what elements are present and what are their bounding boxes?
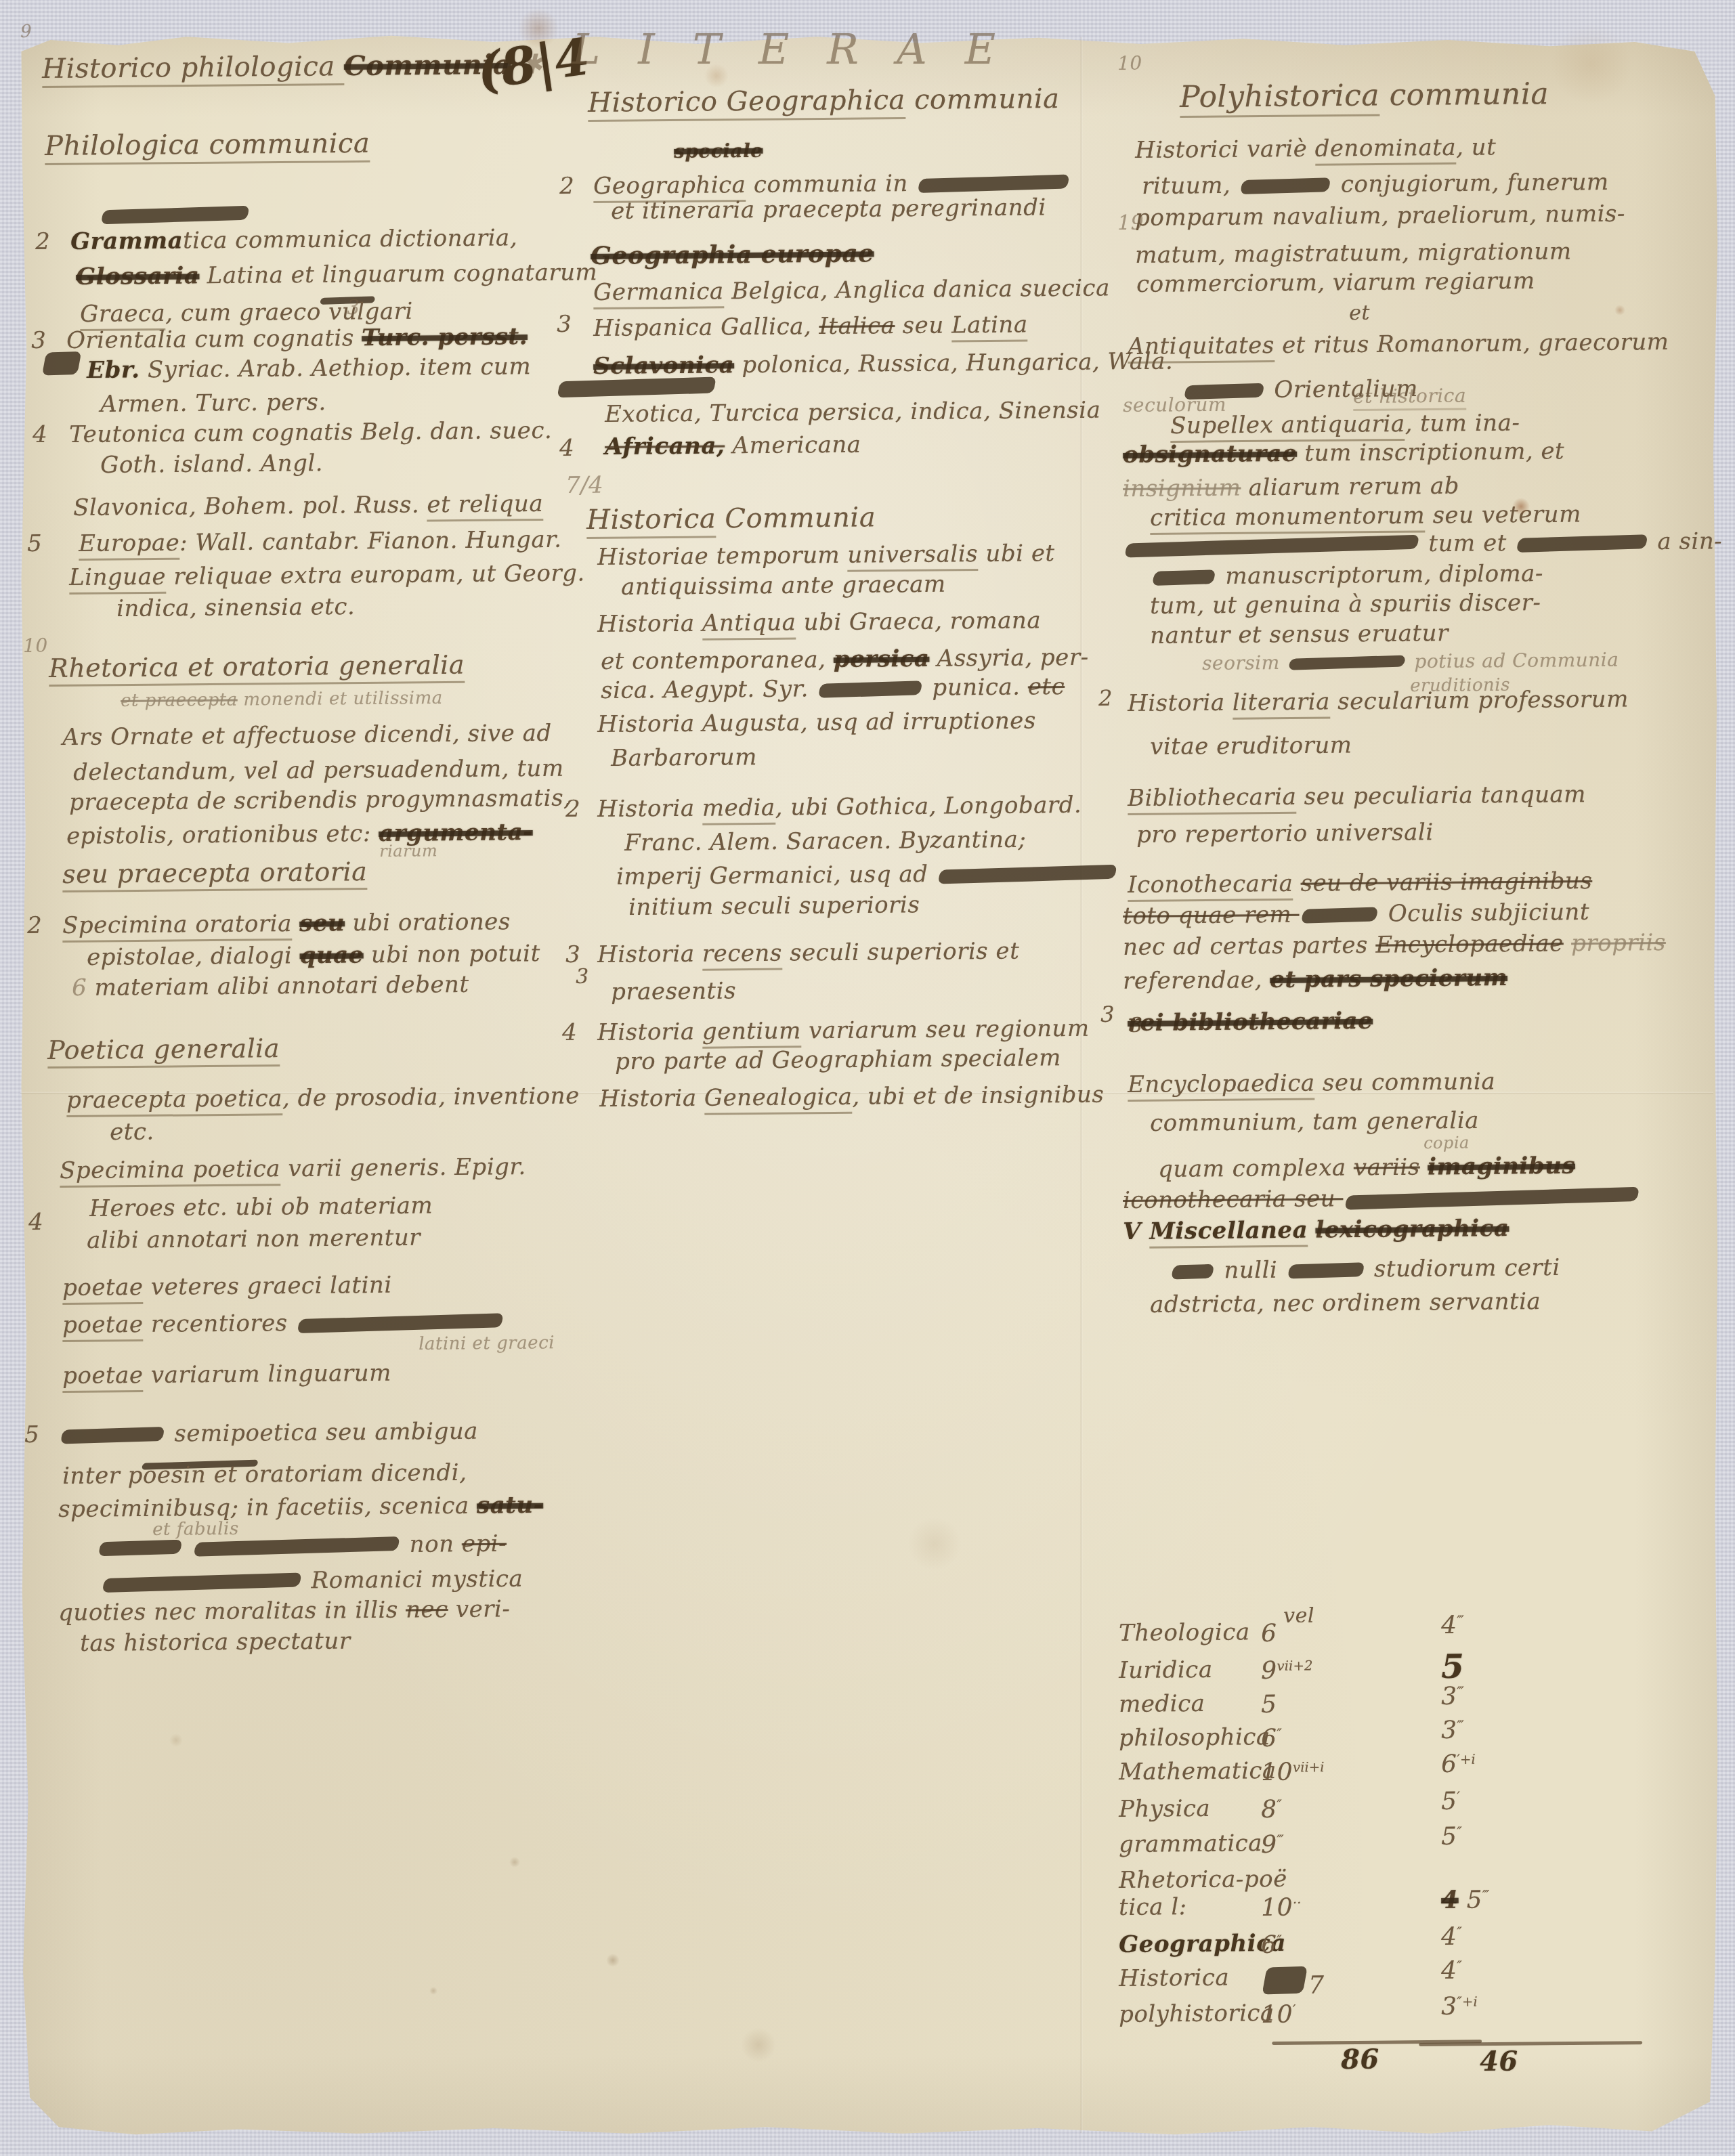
manuscript-line: Sclavonica polonica, Russica, Hungarica,…: [593, 350, 1173, 378]
manuscript-line: latini et graeci: [419, 1334, 555, 1353]
page-title: LITERAE: [572, 28, 1033, 70]
manuscript-line: et contemporanea, persica Assyria, per-: [601, 646, 1089, 673]
manuscript-line: Supellex antiquaria, tum ina-: [1170, 411, 1520, 437]
tally-row-count: 10vii+i: [1261, 1760, 1325, 1785]
tally-row-label: Mathematica: [1119, 1759, 1277, 1784]
manuscript-line: adstricta, nec ordinem servantia: [1150, 1290, 1541, 1316]
manuscript-line: 6 materiam alibi annotari debent: [72, 973, 469, 999]
tally-row-label: Physica: [1119, 1797, 1210, 1821]
ink-blot: [98, 1539, 182, 1556]
margin-number: 3: [557, 313, 572, 336]
manuscript-line: Historia Augusta, usq ad irruptiones: [597, 709, 1036, 736]
ink-blot: [1516, 534, 1648, 553]
margin-number: 2: [565, 798, 580, 821]
manuscript-line: speciale: [674, 142, 763, 161]
tally-row-label: Theologica: [1119, 1620, 1250, 1645]
tally-row-label: Historica: [1119, 1966, 1229, 1990]
manuscript-line: [99, 202, 251, 226]
desk-background: 9Historico philologica Communia ✱(8|4Phi…: [0, 0, 1735, 2156]
manuscript-line: Teutonica cum cognatis Belg. dan. suec.: [69, 419, 552, 446]
manuscript-line: Historia gentium variarum seu regionum: [597, 1017, 1090, 1044]
tally-row-volumes: 4″: [1441, 1925, 1462, 1949]
margin-number: 2: [27, 914, 42, 937]
ink-blot: [557, 376, 716, 397]
manuscript-line: Historia media, ubi Gothica, Longobard.: [597, 794, 1081, 821]
tally-row-label: Rhetorica-poë: [1119, 1868, 1287, 1892]
tally-row-count: 9‴: [1261, 1833, 1284, 1857]
tally-total-right: 46: [1480, 2048, 1518, 2075]
manuscript-line: seorsim potius ad Communia: [1202, 651, 1619, 673]
manuscript-line: quoties nec moralitas in illis nec veri-: [58, 1597, 511, 1624]
manuscript-line: toto quae rem Oculis subjiciunt: [1123, 901, 1589, 928]
manuscript-line: Geographia europae: [591, 241, 874, 269]
ink-blot: [101, 205, 250, 223]
manuscript-line: quam complexa variis imaginibus: [1158, 1155, 1575, 1181]
manuscript-line: Grammatica communica dictionaria,: [70, 226, 517, 253]
tally-row-volumes: 5: [1441, 1651, 1465, 1684]
manuscript-line: poetae veteres graeci latini: [62, 1274, 392, 1299]
manuscript-line: insignium aliarum rerum ab: [1123, 475, 1459, 500]
margin-number: 4: [33, 423, 47, 446]
tally-row-volumes: 5″: [1441, 1825, 1462, 1849]
tally-row-volumes: 6′+i: [1441, 1752, 1476, 1777]
manuscript-line: rei bibliothecariae: [1128, 1010, 1373, 1035]
tally-row-volumes: 4″: [1441, 1959, 1462, 1983]
manuscript-line: epistolis, orationibus etc: argumenta-: [66, 821, 533, 848]
manuscript-line: imperij Germanici, usq ad: [616, 861, 1119, 888]
ink-blot: [1171, 1264, 1214, 1279]
manuscript-line: praecepta poetica, de prosodia, inventio…: [66, 1084, 580, 1112]
tally-row-label: tica l:: [1119, 1895, 1187, 1919]
sum-rule-line: [1419, 2029, 1642, 2054]
manuscript-line: non epi-: [96, 1532, 507, 1559]
ink-blot: [102, 1572, 302, 1593]
manuscript-line: commerciorum, viarum regiarum: [1136, 269, 1535, 296]
tally-row-count: 9vii+2: [1261, 1658, 1313, 1683]
manuscript-line: Historia recens seculi superioris et: [597, 940, 1019, 966]
manuscript-line: nec ad certas partes Encyclopaediae prop…: [1123, 931, 1666, 959]
section-heading: Historica Communia: [586, 504, 876, 534]
tally-row-count: 6: [1261, 1622, 1277, 1646]
tally-row-count: 7: [1261, 1966, 1325, 1998]
manuscript-line: Linguae reliquae extra europam, ut Georg…: [69, 561, 585, 589]
manuscript-line: tum, ut genuina à spuriis discer-: [1150, 591, 1541, 618]
manuscript-line: Historia Antiqua ubi Graeca, romana: [597, 609, 1041, 636]
tally-row-count: 6″: [1261, 1727, 1282, 1751]
ink-blot: [1288, 655, 1406, 670]
manuscript-line: Ars Ornate et affectuose dicendi, sive a…: [62, 722, 552, 749]
tally-row-count: 10′: [1261, 2003, 1296, 2027]
manuscript-line: Encyclopaedica seu communia: [1128, 1070, 1495, 1096]
manuscript-line: alibi annotari non merentur: [87, 1226, 421, 1252]
ink-blot: [1240, 177, 1331, 194]
ink-blot: [1301, 907, 1378, 923]
manuscript-line: Historia literaria secularium professoru…: [1128, 688, 1629, 715]
tally-row-volumes: 3‴: [1441, 1685, 1464, 1709]
tally-row-volumes: 3‴: [1441, 1719, 1464, 1743]
tally-total-left: 86: [1341, 2046, 1379, 2073]
tally-row-label: Iuridica: [1119, 1658, 1213, 1682]
manuscript-line: praesentis: [611, 979, 736, 1004]
tally-row-volumes: 4 5‴: [1441, 1887, 1490, 1913]
margin-number: 4: [562, 1021, 577, 1044]
tally-row-label: medica: [1119, 1692, 1205, 1716]
ink-blot: [1152, 569, 1216, 586]
margin-number: 4: [28, 1211, 43, 1234]
ink-blot: [194, 1536, 400, 1557]
manuscript-line: Specimina poetica varii generis. Epigr.: [60, 1155, 526, 1182]
manuscript-line: Hispanica Gallica, Italica seu Latina: [593, 313, 1028, 340]
manuscript-line: pro parte ad Geographiam specialem: [615, 1046, 1061, 1073]
manuscript-line: [555, 375, 718, 400]
margin-number: 4: [559, 437, 574, 460]
margin-number: 5: [27, 532, 42, 555]
margin-number: 3: [347, 298, 360, 318]
manuscript-line: epistolae, dialogi quae ubi non potuit: [87, 942, 540, 969]
manuscript-line: Historia Genealogica, ubi et de insignib…: [599, 1083, 1104, 1111]
manuscript-line: initium seculi superioris: [628, 893, 920, 919]
manuscript-line: referendae, et pars specierum: [1123, 966, 1507, 993]
margin-number: 9: [20, 23, 32, 41]
manuscript-line: riarum: [379, 842, 437, 859]
manuscript-line: Africana, Americana: [605, 433, 861, 458]
tally-row-count: 10··: [1261, 1895, 1302, 1920]
section-heading: Historico philologica Communia ✱: [42, 51, 543, 83]
manuscript-line: iconothecaria seu: [1123, 1184, 1642, 1212]
tally-row-volumes: 3″+i: [1441, 1995, 1478, 2019]
manuscript-line: tas historica spectatur: [80, 1630, 351, 1655]
manuscript-line: etc.: [110, 1120, 154, 1144]
manuscript-line: delectandum, vel ad persuadendum, tum: [73, 757, 564, 784]
manuscript-line: Antiquitates et ritus Romanorum, graecor…: [1128, 330, 1669, 358]
section-heading: Polyhistorica communia: [1180, 79, 1549, 112]
ink-blot: [42, 351, 81, 376]
manuscript-line: et: [1349, 303, 1370, 324]
manuscript-line: Exotica, Turcica persica, indica, Sinens…: [605, 399, 1100, 426]
tally-row-label: philosophica: [1119, 1725, 1270, 1750]
tally-row-volumes: 4‴: [1441, 1614, 1464, 1638]
margin-number: 10: [23, 637, 48, 655]
manuscript-line: Armen. Turc. pers.: [100, 391, 326, 416]
manuscript-line: Goth. island. Angl.: [100, 452, 323, 477]
tally-header-vel: vel: [1283, 1606, 1314, 1626]
manuscript-line: Romanici mystica: [100, 1568, 523, 1594]
tally-row-volumes: 5′: [1441, 1790, 1460, 1814]
manuscript-line: poetae variarum linguarum: [62, 1362, 391, 1387]
manuscript-line: praecepta de scribendis progymnasmatis,: [69, 787, 571, 814]
sum-rule: [1419, 2041, 1642, 2046]
manuscript-line: et historica: [1353, 387, 1466, 406]
manuscript-line: speciminibusq; in facetiis, scenica satu…: [58, 1494, 543, 1521]
margin-number: 2: [1098, 687, 1113, 709]
manuscript-line: pomparum navalium, praeliorum, numis-: [1135, 202, 1625, 230]
ink-blot: [1262, 1966, 1308, 1995]
manuscript-line: Barbarorum: [611, 746, 757, 770]
manuscript-line: vitae eruditorum: [1150, 733, 1352, 758]
manuscript-line: obsignaturae tum inscriptionum, et: [1123, 439, 1564, 467]
manuscript-line: et praecepta monendi et utilissima: [121, 689, 443, 710]
manuscript-line: inter poesin et oratoriam dicendi,: [62, 1461, 467, 1488]
manuscript-line: matum, magistratuum, migrationum: [1135, 240, 1572, 267]
manuscript-line: copia: [1423, 1134, 1470, 1151]
manuscript-line: Ebr. Syriac. Arab. Aethiop. item cum: [87, 355, 531, 382]
manuscript-line: nantur et sensus eruatur: [1150, 622, 1449, 647]
tally-row-count: 5: [1261, 1693, 1277, 1717]
manuscript-line: Historici variè denominata, ut: [1135, 135, 1496, 162]
manuscript-line: Heroes etc. ubi ob materiam: [89, 1194, 433, 1220]
tally-row-count: 8″: [1261, 1798, 1282, 1822]
tally-row-label: grammatica: [1119, 1832, 1262, 1856]
manuscript-line: Iconothecaria seu de variis imaginibus: [1128, 869, 1592, 897]
manuscript-line: critica monumentorum seu veterum: [1150, 502, 1581, 530]
manuscript-line: Bibliothecaria seu peculiaria tanquam: [1128, 783, 1586, 810]
ink-blot: [918, 174, 1070, 193]
section-heading: Rhetorica et oratoria generalia: [49, 652, 465, 681]
manuscript-line: V Miscellanea lexicographica: [1123, 1217, 1509, 1243]
margin-number: 10: [1117, 54, 1142, 73]
manuscript-line: et itineraria praecepta peregrinandi: [611, 196, 1046, 223]
ink-blot: [60, 1427, 165, 1444]
ink-blot: [937, 864, 1117, 884]
manuscript-line: Franc. Alem. Saracen. Byzantina;: [624, 828, 1027, 855]
margin-number: 5: [24, 1423, 39, 1446]
manuscript-line: communium, tam generalia: [1150, 1109, 1479, 1135]
tally-row-label: polyhistorica: [1119, 2002, 1275, 2026]
section-heading: Historico Geographica communia: [588, 85, 1060, 116]
margin-number: 2: [35, 230, 50, 253]
margin-number: 19: [1117, 213, 1144, 234]
manuscript-line: semipoetica seu ambigua: [58, 1420, 478, 1446]
margin-number: 7/4: [565, 474, 604, 497]
ink-blot: [1345, 1186, 1640, 1209]
margin-number: 3: [31, 329, 46, 352]
section-heading: Philologica communica: [45, 130, 370, 160]
margin-number: 3: [565, 943, 580, 966]
margin-number: 3: [1100, 1004, 1115, 1025]
ink-blot: [1124, 534, 1419, 557]
ink-blot: [297, 1313, 503, 1333]
manuscript-line: Geographica communia in: [593, 171, 1071, 198]
ink-blot: [818, 681, 922, 698]
ink-blot: [1287, 1262, 1365, 1278]
manuscript-line: Germanica Belgica, Anglica danica suecic…: [593, 276, 1110, 304]
manuscript-line: Europae: Wall. cantabr. Fianon. Hungar.: [79, 528, 562, 555]
manuscript-line: indica, sinensia etc.: [116, 595, 355, 620]
margin-number: 3: [576, 967, 589, 987]
manuscript-line: nulli studiorum certi: [1169, 1256, 1560, 1282]
manuscript-line: [41, 351, 83, 379]
manuscript-line: rituum, conjugiorum, funerum: [1142, 171, 1609, 198]
manuscript-line: pro repertorio universali: [1136, 821, 1434, 846]
margin-number: 2: [559, 175, 574, 198]
manuscript-line: sica. Aegypt. Syr. punica. etc: [601, 675, 1065, 702]
manuscript-line: antiquissima ante graecam: [621, 573, 946, 599]
manuscript-line: Orientalia cum cognatis Turc. persst.: [66, 325, 528, 352]
manuscript-line: Specimina oratoria seu ubi orationes: [62, 910, 511, 937]
tally-row-count: 6″: [1261, 1933, 1282, 1958]
manuscript-line: seu praecepta oratoria: [62, 859, 367, 887]
section-heading: Poetica generalia: [47, 1035, 280, 1063]
manuscript-line: manuscriptorum, diploma-: [1150, 562, 1543, 588]
manuscript-line: Slavonica, Bohem. pol. Russ. et reliqua: [73, 492, 543, 519]
manuscript-line: poetae recentiores: [62, 1310, 505, 1337]
manuscript-line: Historiae temporum universalis ubi et: [597, 542, 1055, 569]
manuscript-line: Graeca, cum graeco vulgari: [80, 300, 413, 326]
